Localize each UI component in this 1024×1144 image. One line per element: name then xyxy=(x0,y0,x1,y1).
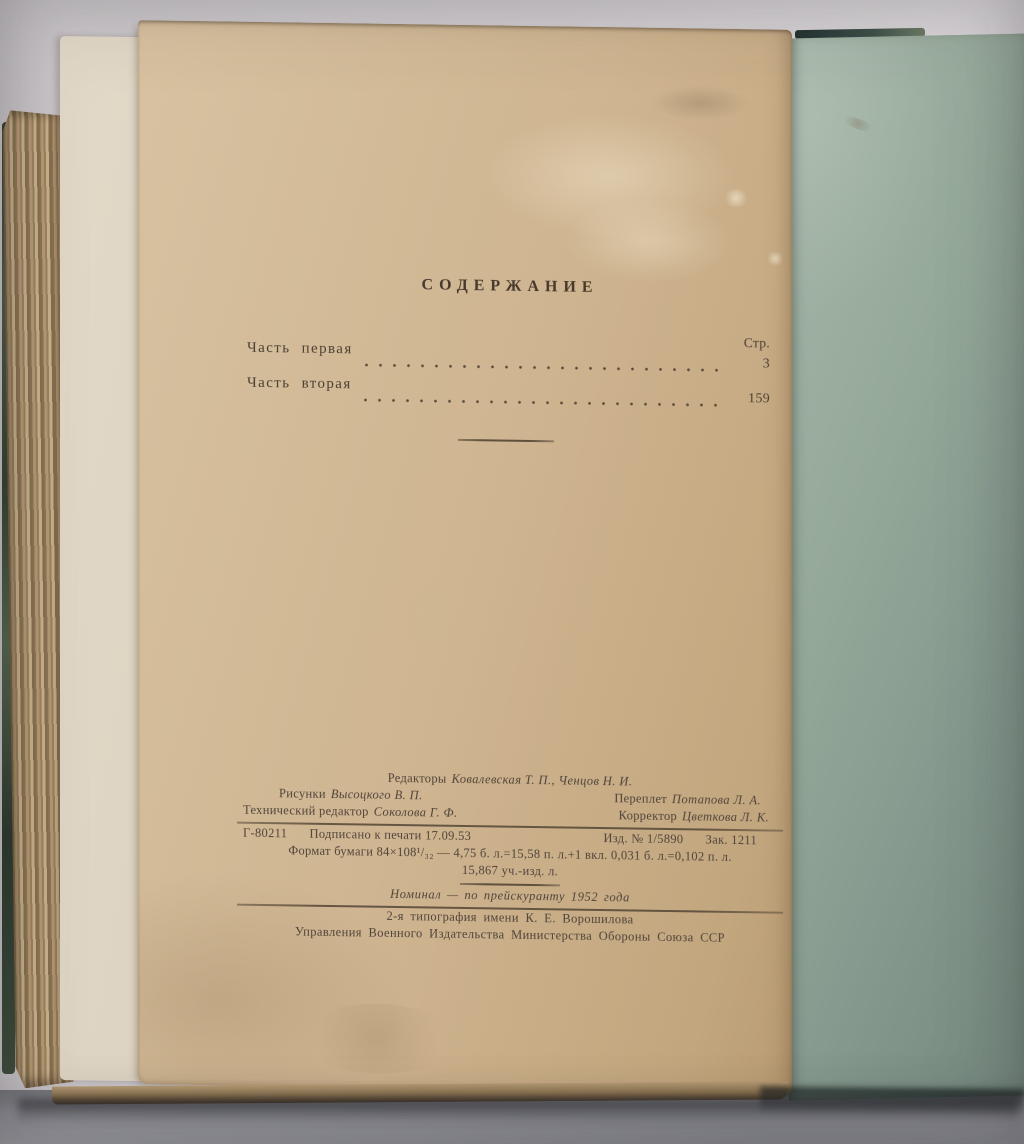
book-photo: СОДЕРЖАНИЕ Стр. Часть первая 3 Часть вто… xyxy=(0,0,1024,1144)
credit-role: Рисунки xyxy=(279,786,326,801)
credit-role: Переплет xyxy=(614,791,667,806)
contents-page: СОДЕРЖАНИЕ Стр. Часть первая 3 Часть вто… xyxy=(138,20,792,1094)
credit-cell: РисункиВысоцкого В. П. xyxy=(279,785,423,804)
credit-role: Корректор xyxy=(619,808,677,823)
credit-names: Высоцкого В. П. xyxy=(331,787,423,802)
toc-page-column-header: Стр. xyxy=(744,335,770,351)
credit-names: Потапова Л. А. xyxy=(672,792,761,807)
credit-role: Редакторы xyxy=(388,771,447,786)
toc-page-number: 3 xyxy=(734,356,770,373)
dot-leader xyxy=(364,398,724,406)
toc-row: Часть вторая 159 xyxy=(247,375,770,418)
credit-role: Технический редактор xyxy=(243,803,369,819)
toc-item-label: Часть первая xyxy=(247,340,353,359)
print-edition-number: Изд. № 1/5890 xyxy=(603,830,683,848)
colophon: РедакторыКовалевская Т. П., Ченцов Н. И.… xyxy=(237,768,783,948)
toc-item-label: Часть вторая xyxy=(247,375,352,394)
credit-names: Соколова Г. Ф. xyxy=(374,805,458,820)
endpaper-page xyxy=(789,34,1024,1101)
credit-cell: ПереплетПотапова Л. А. xyxy=(614,790,761,809)
divider-rule xyxy=(460,883,560,886)
printed-text-block: СОДЕРЖАНИЕ Стр. Часть первая 3 Часть вто… xyxy=(237,22,783,1094)
table-of-contents: Стр. Часть первая 3 Часть вторая 159 xyxy=(247,328,770,418)
print-order-number: Зак. 1211 xyxy=(706,832,757,850)
print-code: Г-80211 xyxy=(243,825,287,843)
toc-page-number: 159 xyxy=(734,391,770,408)
toc-rows: Часть первая 3 Часть вторая 159 xyxy=(247,340,770,418)
credit-names: Ковалевская Т. П., Ченцов Н. И. xyxy=(452,772,633,789)
credit-cell: КорректорЦветкова Л. К. xyxy=(619,807,769,826)
divider-rule xyxy=(458,439,554,442)
credit-cell: Технический редакторСоколова Г. Ф. xyxy=(243,802,457,822)
dot-leader xyxy=(365,364,724,372)
contents-title: СОДЕРЖАНИЕ xyxy=(237,274,783,300)
book-shadow xyxy=(18,1099,1018,1123)
credit-names: Цветкова Л. К. xyxy=(682,809,769,824)
